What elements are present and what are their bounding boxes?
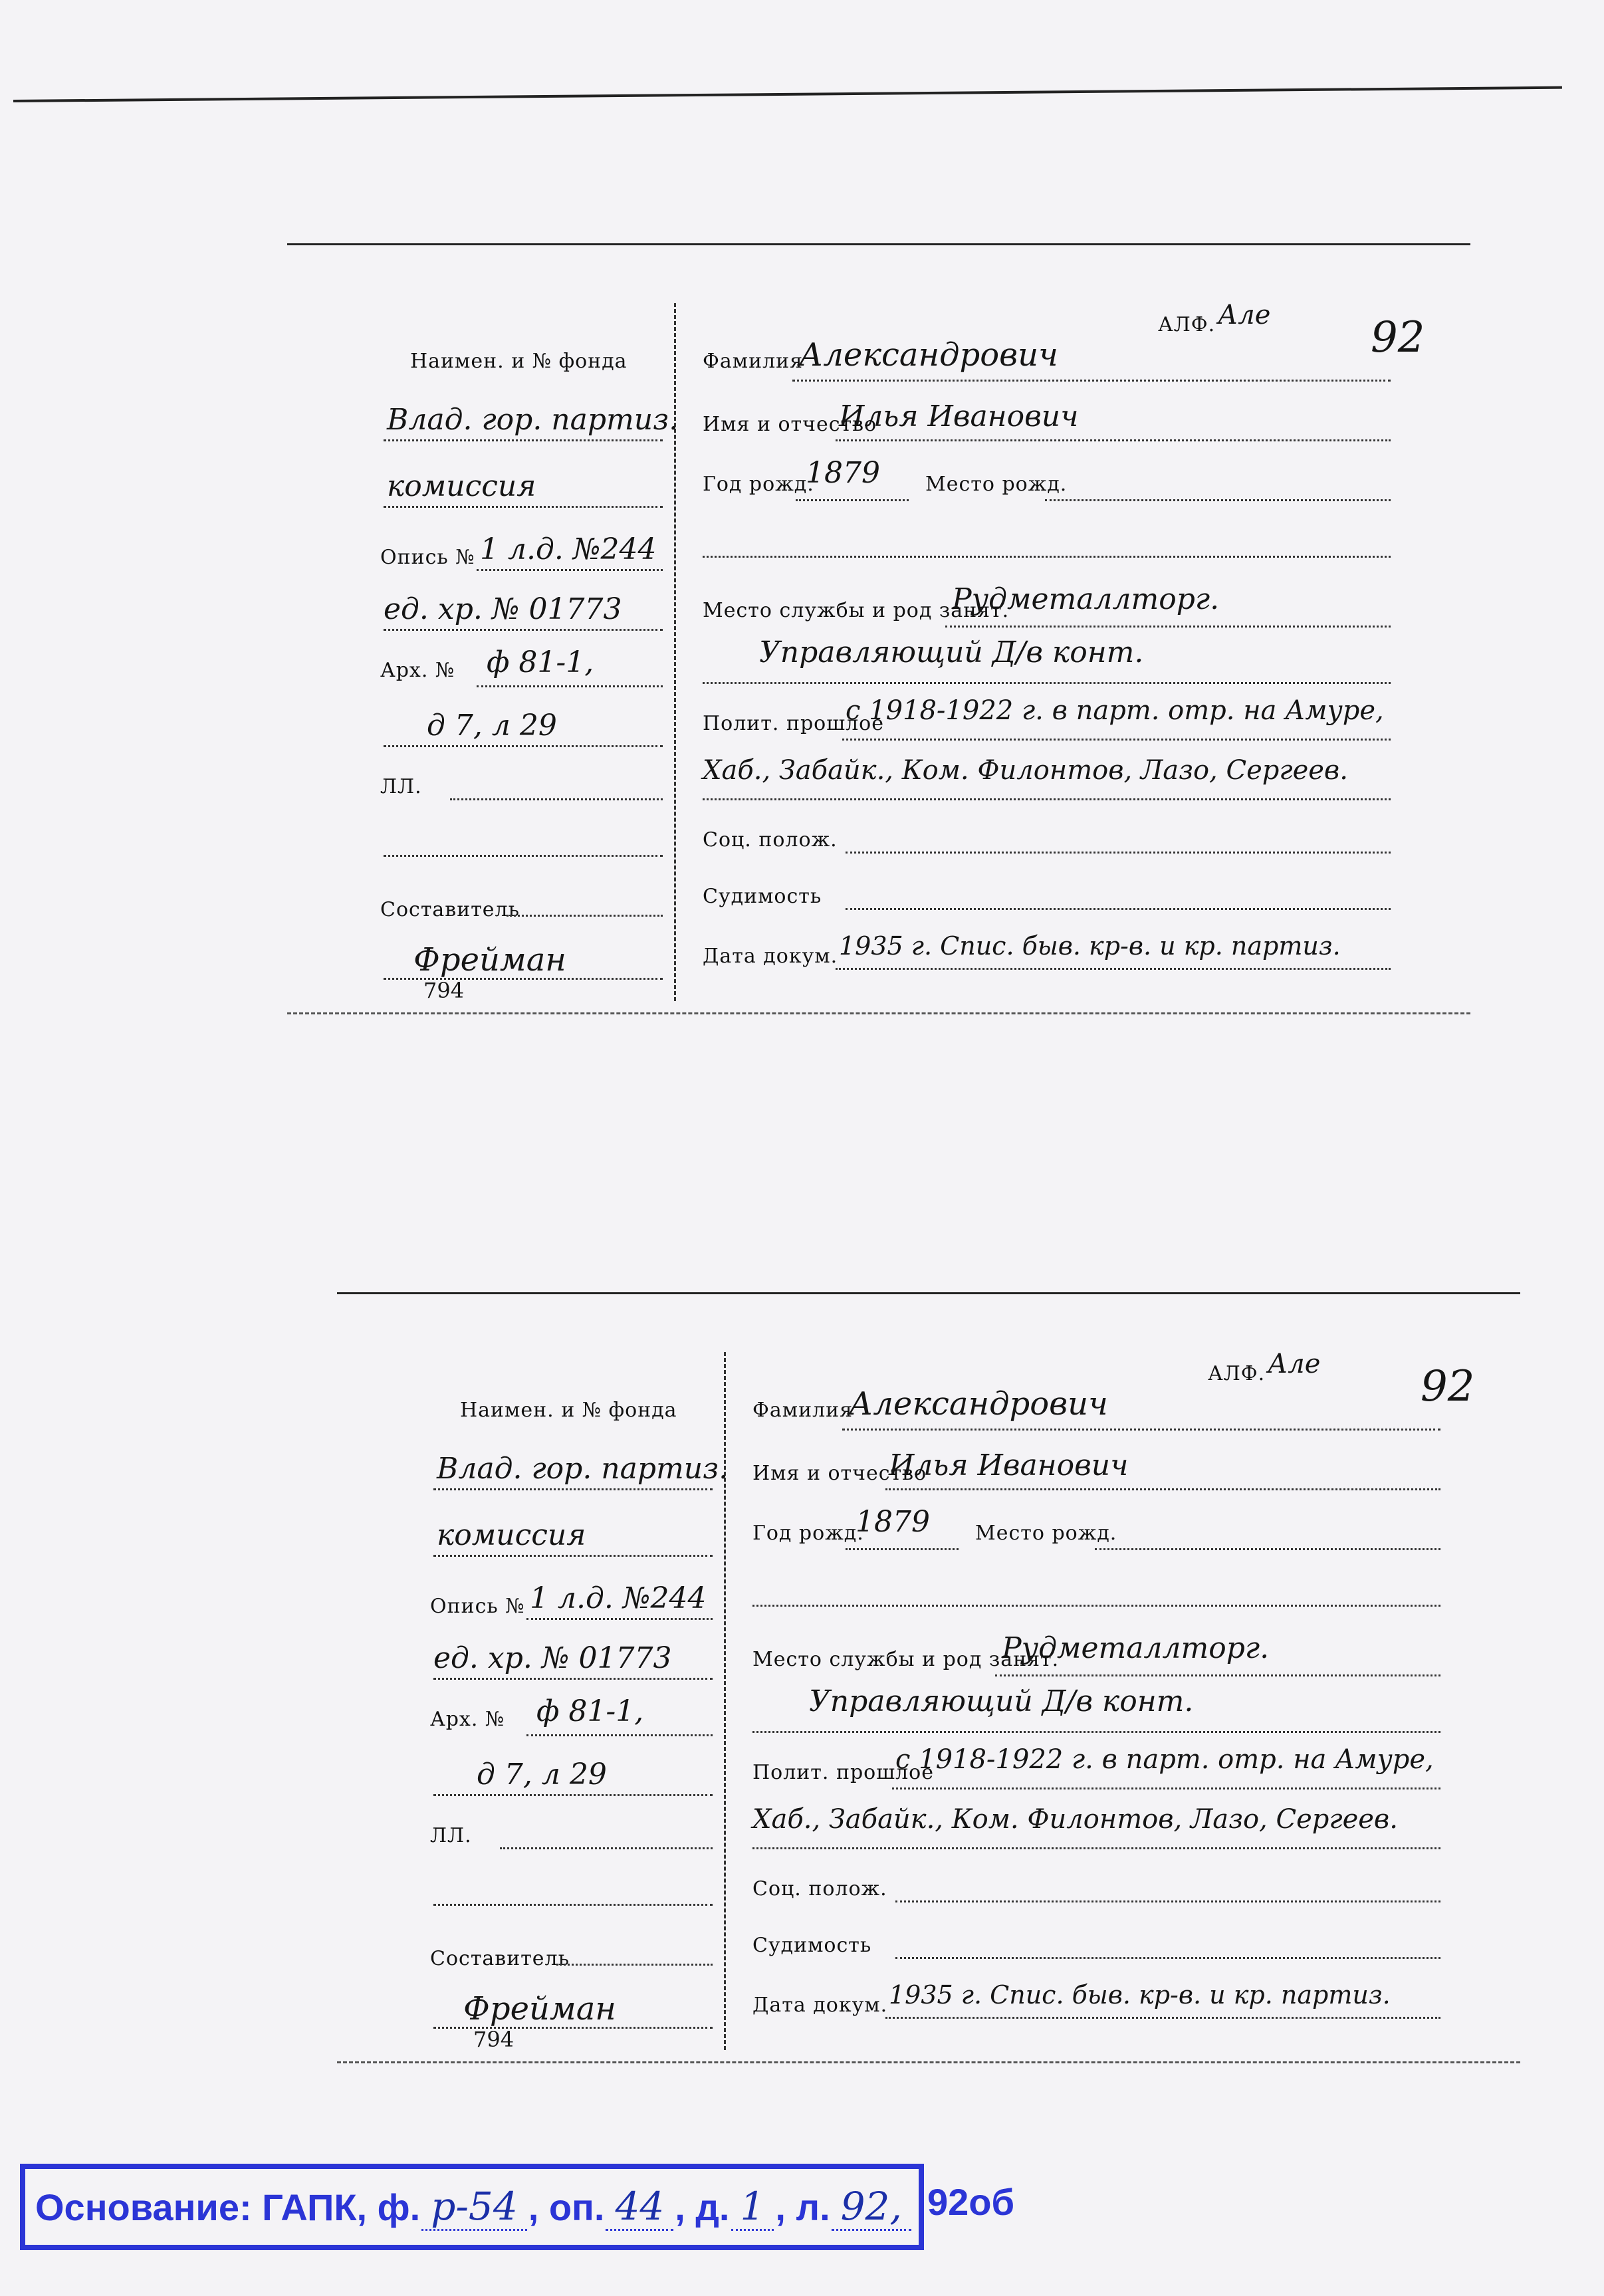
underline [500, 1847, 713, 1849]
social-label: Соц. полож. [752, 1877, 887, 1900]
alpha-value: Але [1218, 300, 1270, 330]
sheet-number: 92 [1421, 1362, 1474, 1411]
stamp-prefix: Основание: ГАПК, ф. [35, 2186, 420, 2229]
stamp-delo: 1 [731, 2184, 774, 2231]
stamp-delo-label: , д. [675, 2186, 729, 2229]
underline [885, 2017, 1440, 2019]
name-value: Илья Иванович [889, 1448, 1128, 1482]
political-value1: с 1918-1922 г. в парт. отр. на Амуре, [895, 1744, 1434, 1775]
underline [752, 1605, 1440, 1607]
underline [384, 439, 663, 441]
ll-label: ЛЛ. [430, 1824, 472, 1847]
underline [450, 798, 663, 800]
arch-value1: ф 81-1, [487, 645, 594, 679]
fund-label: Наимен. и № фонда [410, 350, 628, 373]
underline [1095, 1548, 1440, 1550]
doc-date-value: 1935 г. Спис. быв. кр-в. и кр. партиз. [889, 1980, 1391, 2009]
underline [796, 499, 909, 501]
underline [477, 685, 663, 687]
opis-label: Опись № [430, 1595, 525, 1618]
underline [384, 506, 663, 508]
underline [885, 1488, 1440, 1490]
stamp-opis-label: , оп. [528, 2186, 605, 2229]
service-value2: Управляющий Д/в конт. [809, 1684, 1193, 1718]
compiler-label: Составитель [380, 898, 520, 921]
underline [995, 1674, 1440, 1676]
service-value1: Рудметаллторг. [1002, 1631, 1269, 1665]
political-value2: Хаб., Забайк., Ком. Филонтов, Лазо, Серг… [752, 1804, 1398, 1835]
underline [433, 1488, 713, 1490]
opis-value: 1 л.д. №244 [480, 532, 656, 566]
card-bottom-edge [287, 1012, 1470, 1014]
compiler-number: 794 [423, 978, 464, 1003]
archive-card-2: АЛФ. Але 92 Наимен. и № фонда Влад. гор.… [337, 1292, 1520, 2103]
underline [433, 1678, 713, 1680]
arch-label: Арх. № [430, 1708, 505, 1731]
underline [703, 798, 1391, 800]
card-bottom-edge [337, 2061, 1520, 2063]
doc-date-value: 1935 г. Спис. быв. кр-в. и кр. партиз. [839, 931, 1341, 961]
birth-place-label: Место рожд. [925, 473, 1067, 496]
compiler-signature: Фрейман [463, 1990, 616, 2027]
underline [792, 380, 1391, 382]
stamp-list-label: , л. [775, 2186, 830, 2229]
card-top-edge [287, 243, 1470, 245]
birth-year-value: 1879 [806, 456, 880, 490]
underline [703, 682, 1391, 684]
compiler-label: Составитель [430, 1947, 570, 1970]
ed-hr-value: ед. хр. № 01773 [384, 592, 622, 626]
underline [384, 745, 663, 747]
fund-line2: комиссия [387, 469, 536, 503]
underline [703, 556, 1391, 558]
service-value1: Рудметаллторг. [952, 582, 1219, 616]
underline [842, 739, 1391, 741]
underline [507, 915, 663, 917]
doc-date-label: Дата докум. [752, 1994, 887, 2017]
underline [846, 1548, 959, 1550]
underline [846, 908, 1391, 910]
archive-source-stamp: Основание: ГАПК, ф. р-54 , оп. 44 , д. 1… [20, 2164, 924, 2250]
underline [1045, 499, 1391, 501]
underline [433, 1555, 713, 1557]
underline [384, 629, 663, 631]
fund-line1: Влад. гор. партиз. [387, 403, 678, 437]
opis-value: 1 л.д. №244 [530, 1581, 706, 1615]
birth-place-label: Место рожд. [975, 1522, 1117, 1545]
underline [477, 569, 663, 571]
political-value2: Хаб., Забайк., Ком. Филонтов, Лазо, Серг… [703, 755, 1348, 786]
stamp-fund: р-54 [421, 2184, 527, 2231]
underline [892, 1787, 1440, 1789]
underline [526, 1618, 713, 1620]
underline [433, 1794, 713, 1796]
stamp-list: 92, [832, 2184, 911, 2231]
underline [846, 852, 1391, 854]
underline [836, 439, 1391, 441]
birth-year-value: 1879 [856, 1505, 930, 1539]
alpha-label: АЛФ. [1208, 1362, 1265, 1385]
sheet-number: 92 [1371, 313, 1425, 362]
arch-value1: ф 81-1, [536, 1694, 643, 1728]
opis-label: Опись № [380, 546, 475, 569]
fund-label: Наимен. и № фонда [460, 1399, 677, 1422]
arch-value2: д 7, л 29 [477, 1758, 607, 1791]
underline [384, 855, 663, 857]
archive-card-1: АЛФ. Але 92 Наимен. и № фонда Влад. гор.… [287, 243, 1470, 1054]
underline [752, 1731, 1440, 1733]
alpha-value: Але [1268, 1349, 1320, 1379]
arch-value2: д 7, л 29 [427, 709, 557, 743]
birth-year-label: Год рожд. [752, 1522, 864, 1545]
stamp-list-extra: 92об [927, 2180, 1014, 2224]
underline [526, 1734, 713, 1736]
underline [895, 1957, 1440, 1959]
card-top-edge [337, 1292, 1520, 1294]
surname-value: Александрович [849, 1385, 1108, 1423]
conviction-label: Судимость [752, 1934, 871, 1957]
fund-line1: Влад. гор. партиз. [437, 1452, 728, 1486]
compiler-number: 794 [473, 2027, 514, 2052]
underline [752, 1847, 1440, 1849]
service-value2: Управляющий Д/в конт. [759, 635, 1143, 669]
underline [556, 1964, 713, 1966]
surname-value: Александрович [799, 336, 1058, 374]
stamp-opis: 44 [606, 2184, 673, 2231]
doc-date-label: Дата докум. [703, 945, 838, 968]
ed-hr-value: ед. хр. № 01773 [433, 1641, 671, 1675]
arch-label: Арх. № [380, 659, 455, 682]
underline [945, 626, 1391, 628]
conviction-label: Судимость [703, 885, 822, 908]
surname-label: Фамилия [752, 1399, 853, 1422]
birth-year-label: Год рожд. [703, 473, 814, 496]
political-value1: с 1918-1922 г. в парт. отр. на Амуре, [846, 695, 1384, 726]
underline [842, 1429, 1440, 1431]
ll-label: ЛЛ. [380, 775, 422, 798]
name-value: Илья Иванович [839, 400, 1078, 433]
underline [836, 968, 1391, 970]
social-label: Соц. полож. [703, 828, 838, 852]
compiler-signature: Фрейман [413, 941, 566, 978]
page-edge-line [13, 86, 1562, 102]
alpha-label: АЛФ. [1158, 313, 1215, 336]
underline [895, 1900, 1440, 1902]
fund-line2: комиссия [437, 1518, 586, 1552]
underline [433, 1904, 713, 1906]
surname-label: Фамилия [703, 350, 803, 373]
